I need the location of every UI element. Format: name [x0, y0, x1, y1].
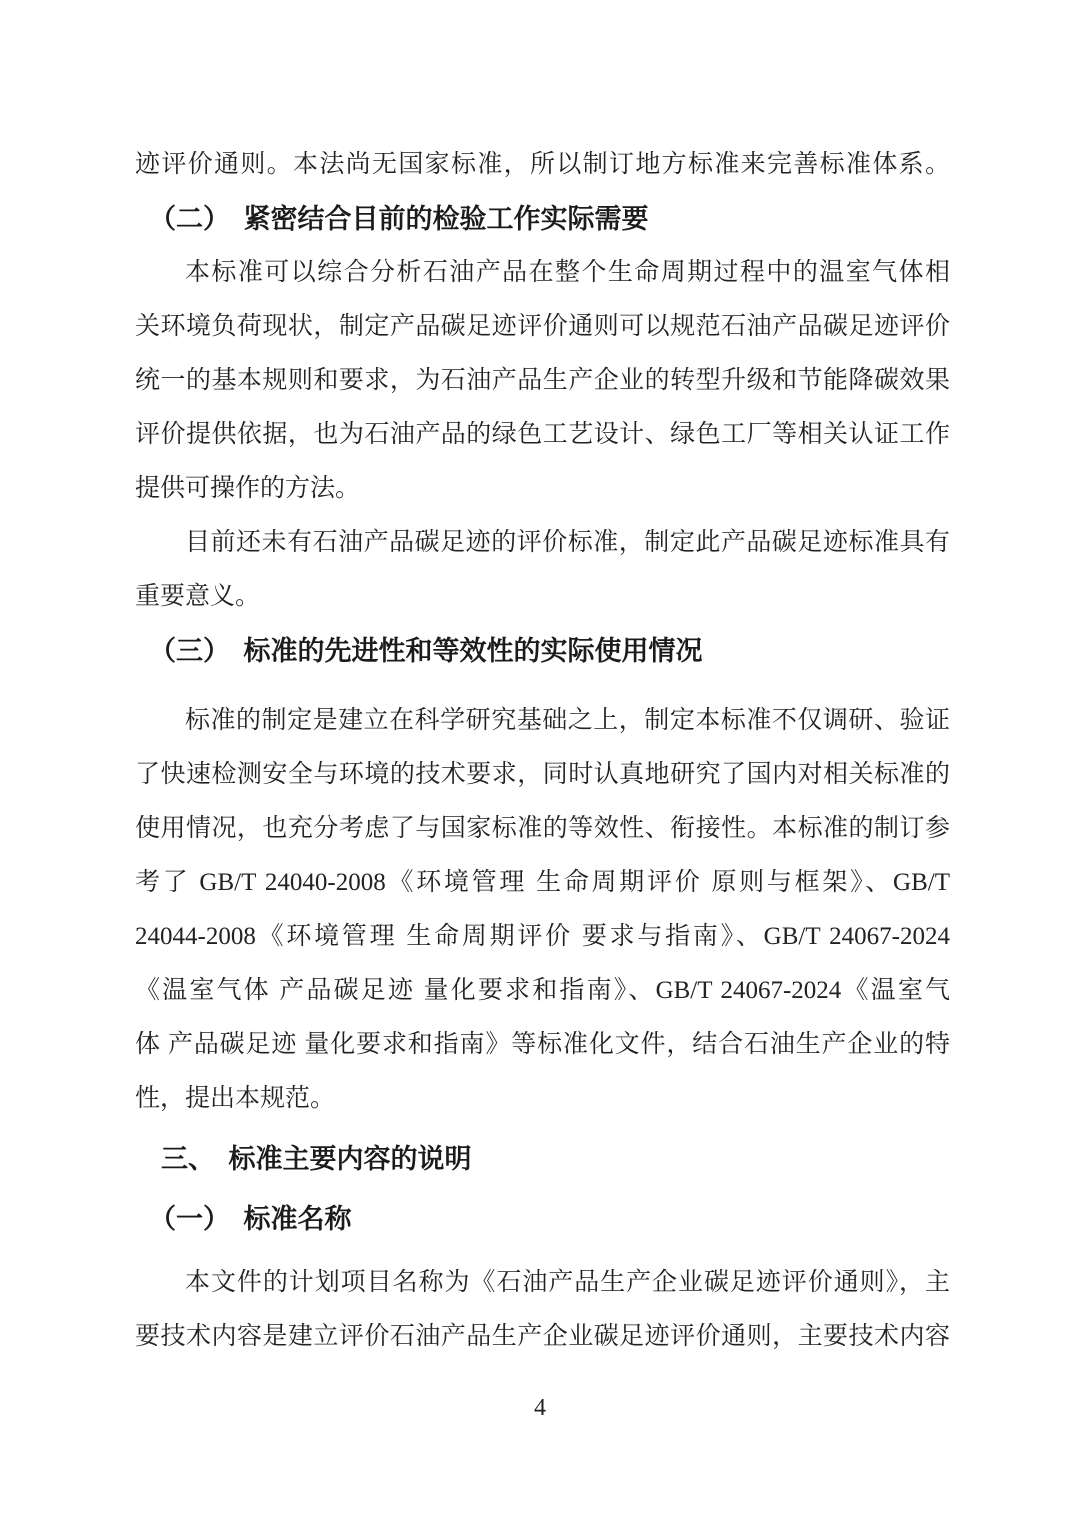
- text-line: 性，提出本规范。: [135, 1072, 950, 1126]
- document-text-column: 迹评价通则。本法尚无国家标准，所以制订地方标准来完善标准体系。 （二） 紧密结合…: [135, 138, 950, 1364]
- text-line-gbt-reference: 24044-2008《环境管理 生命周期评价 要求与指南》、GB/T 24067…: [135, 910, 950, 964]
- text-line: 评价提供依据，也为石油产品的绿色工艺设计、绿色工厂等相关认证工作: [135, 408, 950, 462]
- text-line: 标准的制定是建立在科学研究基础之上，制定本标准不仅调研、验证: [135, 694, 950, 748]
- text-line: 要技术内容是建立评价石油产品生产企业碳足迹评价通则，主要技术内容: [135, 1310, 950, 1364]
- text-line: 重要意义。: [135, 570, 950, 624]
- text-line: 本标准可以综合分析石油产品在整个生命周期过程中的温室气体相: [135, 246, 950, 300]
- text-line: 本文件的计划项目名称为《石油产品生产企业碳足迹评价通则》，主: [135, 1256, 950, 1310]
- text-line-gbt-reference: 《温室气体 产品碳足迹 量化要求和指南》、GB/T 24067-2024《温室气: [135, 964, 950, 1018]
- heading-section-1: （一） 标准名称: [135, 1192, 950, 1246]
- text-line: 提供可操作的方法。: [135, 462, 950, 516]
- document-page: 迹评价通则。本法尚无国家标准，所以制订地方标准来完善标准体系。 （二） 紧密结合…: [0, 0, 1080, 1527]
- heading-chapter-3: 三、 标准主要内容的说明: [135, 1132, 950, 1186]
- text-line-gbt-reference: 体 产品碳足迹 量化要求和指南》等标准化文件，结合石油生产企业的特: [135, 1018, 950, 1072]
- text-line-gbt-reference: 考了 GB/T 24040-2008《环境管理 生命周期评价 原则与框架》、GB…: [135, 856, 950, 910]
- text-line: 了快速检测安全与环境的技术要求，同时认真地研究了国内对相关标准的: [135, 748, 950, 802]
- text-line: 迹评价通则。本法尚无国家标准，所以制订地方标准来完善标准体系。: [135, 138, 950, 192]
- heading-section-3: （三） 标准的先进性和等效性的实际使用情况: [135, 624, 950, 678]
- heading-section-2: （二） 紧密结合目前的检验工作实际需要: [135, 192, 950, 246]
- page-number: 4: [0, 1390, 1080, 1426]
- text-line: 统一的基本规则和要求，为石油产品生产企业的转型升级和节能降碳效果: [135, 354, 950, 408]
- text-line: 使用情况，也充分考虑了与国家标准的等效性、衔接性。本标准的制订参: [135, 802, 950, 856]
- text-line: 关环境负荷现状，制定产品碳足迹评价通则可以规范石油产品碳足迹评价: [135, 300, 950, 354]
- text-line: 目前还未有石油产品碳足迹的评价标准，制定此产品碳足迹标准具有: [135, 516, 950, 570]
